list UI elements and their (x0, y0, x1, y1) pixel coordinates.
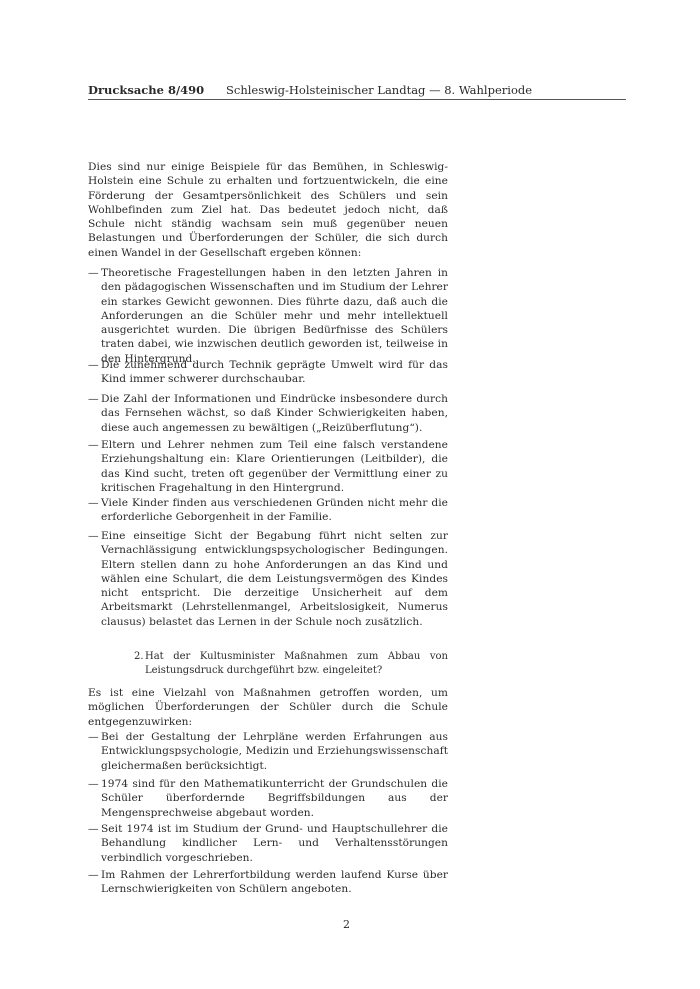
document-number: Drucksache 8/490 (88, 83, 204, 97)
list-item-text: 1974 sind für den Mathematikunterricht d… (101, 778, 448, 819)
problem-list-2: — Die zunehmend durch Technik geprägte U… (88, 358, 448, 387)
list-item-text: Die zunehmend durch Technik geprägte Umw… (101, 359, 448, 385)
list-item: — Die zunehmend durch Technik geprägte U… (88, 358, 448, 387)
list-item: — Die Zahl der Informationen und Eindrüc… (88, 392, 448, 435)
problem-list-3: — Die Zahl der Informationen und Eindrüc… (88, 392, 448, 435)
list-item: — Bei der Gestaltung der Lehrpläne werde… (88, 730, 448, 773)
dash-bullet: — (88, 266, 99, 280)
list-item: — Viele Kinder finden aus verschiedenen … (88, 496, 448, 525)
measure-list-3: — Seit 1974 ist im Studium der Grund- un… (88, 822, 448, 865)
header-title: Schleswig-Holsteinischer Landtag — 8. Wa… (226, 83, 532, 97)
problem-list-6: — Eine einseitige Sicht der Begabung füh… (88, 529, 448, 629)
dash-bullet: — (88, 392, 99, 406)
measure-list-4: — Im Rahmen der Lehrerfortbildung werden… (88, 868, 448, 897)
list-item-text: Bei der Gestaltung der Lehrpläne werden … (101, 731, 448, 772)
question-number: 2. (134, 650, 144, 664)
problem-list-5: — Viele Kinder finden aus verschiedenen … (88, 496, 448, 525)
page-number: 2 (343, 918, 350, 931)
list-item: — Eltern und Lehrer nehmen zum Teil eine… (88, 438, 448, 495)
list-item: — Seit 1974 ist im Studium der Grund- un… (88, 822, 448, 865)
dash-bullet: — (88, 438, 99, 452)
dash-bullet: — (88, 529, 99, 543)
list-item: — Eine einseitige Sicht der Begabung füh… (88, 529, 448, 629)
measure-list-1: — Bei der Gestaltung der Lehrpläne werde… (88, 730, 448, 773)
answer-intro-text: Es ist eine Vielzahl von Maßnahmen getro… (88, 686, 448, 729)
list-item-text: Die Zahl der Informationen und Eindrücke… (101, 393, 448, 434)
header-rule (88, 99, 626, 100)
problem-list-4: — Eltern und Lehrer nehmen zum Teil eine… (88, 438, 448, 495)
dash-bullet: — (88, 777, 99, 791)
measure-list-2: — 1974 sind für den Mathematikunterricht… (88, 777, 448, 820)
dash-bullet: — (88, 730, 99, 744)
dash-bullet: — (88, 822, 99, 836)
question-text: Hat der Kultusminister Maßnahmen zum Abb… (134, 650, 448, 678)
list-item: — Theoretische Fragestellungen haben in … (88, 266, 448, 366)
list-item-text: Seit 1974 ist im Studium der Grund- und … (101, 823, 448, 864)
intro-text: Dies sind nur einige Beispiele für das B… (88, 160, 448, 260)
page-header: Drucksache 8/490 Schleswig-Holsteinische… (88, 83, 625, 99)
list-item: — Im Rahmen der Lehrerfortbildung werden… (88, 868, 448, 897)
list-item-text: Im Rahmen der Lehrerfortbildung werden l… (101, 869, 448, 895)
list-item-text: Eine einseitige Sicht der Begabung führt… (101, 530, 448, 628)
list-item-text: Viele Kinder finden aus verschiedenen Gr… (101, 497, 448, 523)
dash-bullet: — (88, 496, 99, 510)
list-item-text: Eltern und Lehrer nehmen zum Teil eine f… (101, 439, 448, 494)
problem-list: — Theoretische Fragestellungen haben in … (88, 266, 448, 366)
answer-intro: Es ist eine Vielzahl von Maßnahmen getro… (88, 686, 448, 729)
intro-paragraph: Dies sind nur einige Beispiele für das B… (88, 160, 448, 260)
list-item: — 1974 sind für den Mathematikunterricht… (88, 777, 448, 820)
dash-bullet: — (88, 868, 99, 882)
list-item-text: Theoretische Fragestellungen haben in de… (101, 267, 448, 365)
dash-bullet: — (88, 358, 99, 372)
question-2: 2. Hat der Kultusminister Maßnahmen zum … (134, 650, 448, 678)
